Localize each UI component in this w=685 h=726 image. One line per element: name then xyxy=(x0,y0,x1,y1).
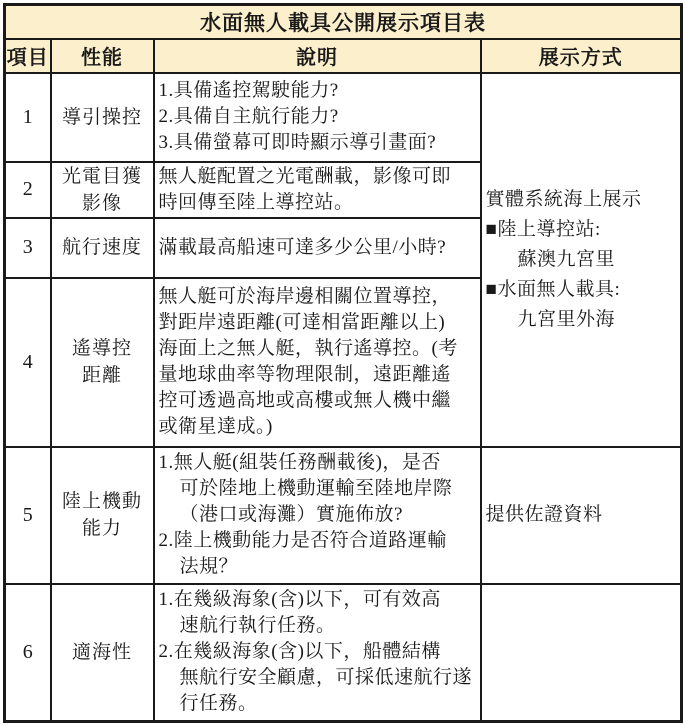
description-line: 量地球曲率等物理限制，遠距離遙 xyxy=(159,362,478,388)
description-cell: 1.無人艇(組裝任務酬載後)，是否 可於陸地上機動運輸至陸地岸際 （港口或海灘）… xyxy=(154,447,481,584)
description-line: 無人艇可於海岸邊相關位置導控， xyxy=(159,284,478,310)
display-bullet-item: ■水面無人載具: xyxy=(486,275,679,305)
item-number-cell: 4 xyxy=(5,278,51,447)
description-cell: 滿載最高船速可達多少公里/小時? xyxy=(154,218,481,278)
description-cell: 無人艇可於海岸邊相關位置導控， 對距岸遠距離(可達相當距離以上) 海面上之無人艇… xyxy=(154,278,481,447)
performance-label: 導引操控 xyxy=(52,104,153,131)
display-sub-line: 蘇澳九宮里 xyxy=(486,245,679,275)
display-method-merged-cell: 實體系統海上展示 ■陸上導控站: 蘇澳九宮里 ■水面無人載具: 九宮里外海 xyxy=(481,73,682,447)
description-line: 2.具備自主航行能力? xyxy=(159,104,478,130)
description-cell: 無人艇配置之光電酬載，影像可即 時回傳至陸上導控站。 xyxy=(154,162,481,218)
description-line: 滿載最高船速可達多少公里/小時? xyxy=(159,235,478,261)
performance-cell: 航行速度 xyxy=(51,218,154,278)
description-line: 2.陸上機動能力是否符合道路運輸 xyxy=(159,528,478,554)
description-line: 3.具備螢幕可即時顯示導引畫面? xyxy=(159,130,478,156)
performance-cell: 導引操控 xyxy=(51,73,154,162)
description-line: 可於陸地上機動運輸至陸地岸際 xyxy=(159,476,478,502)
display-sub-line: 九宮里外海 xyxy=(486,305,679,335)
item-number-cell: 1 xyxy=(5,73,51,162)
description-line: 或衛星達成。) xyxy=(159,414,478,440)
display-line: 實體系統海上展示 xyxy=(486,185,679,215)
display-line: 提供佐證資料 xyxy=(486,500,679,530)
description-line: 控可透過高地或高樓或無人機中繼 xyxy=(159,388,478,414)
description-line: 無人艇配置之光電酬載，影像可即 xyxy=(159,164,478,190)
header-performance: 性能 xyxy=(51,39,154,73)
display-method-empty-cell xyxy=(481,584,682,722)
description-line: 對距岸遠距離(可達相當距離以上) xyxy=(159,310,478,336)
description-line: 行任務。 xyxy=(159,691,478,717)
display-method-evidence-cell: 提供佐證資料 xyxy=(481,447,682,584)
description-line: 時回傳至陸上導控站。 xyxy=(159,190,478,216)
description-line: 海面上之無人艇，執行遙導控。(考 xyxy=(159,336,478,362)
table-row: 5 陸上機動 能力 1.無人艇(組裝任務酬載後)，是否 可於陸地上機動運輸至陸地… xyxy=(5,447,682,584)
description-line: 1.無人艇(組裝任務酬載後)，是否 xyxy=(159,450,478,476)
performance-cell: 光電目獲 影像 xyxy=(51,162,154,218)
description-cell: 1.具備遙控駕駛能力? 2.具備自主航行能力? 3.具備螢幕可即時顯示導引畫面? xyxy=(154,73,481,162)
performance-label: 距離 xyxy=(52,362,153,389)
display-bullet-item: ■陸上導控站: xyxy=(486,215,679,245)
performance-cell: 遙導控 距離 xyxy=(51,278,154,447)
display-items-table: 水面無人載具公開展示項目表 項目 性能 說明 展示方式 1 導引操控 1.具備遙… xyxy=(3,3,683,723)
item-number-cell: 5 xyxy=(5,447,51,584)
performance-label: 航行速度 xyxy=(52,234,153,261)
header-display-method: 展示方式 xyxy=(481,39,682,73)
description-line: 無航行安全顧慮，可採低速航行遂 xyxy=(159,665,478,691)
item-number-cell: 3 xyxy=(5,218,51,278)
description-line: 法規？ xyxy=(159,554,478,580)
description-line: 1.具備遙控駕駛能力? xyxy=(159,78,478,104)
item-number-cell: 6 xyxy=(5,584,51,722)
performance-cell: 陸上機動 能力 xyxy=(51,447,154,584)
performance-label: 陸上機動 xyxy=(52,488,153,515)
table-row: 1 導引操控 1.具備遙控駕駛能力? 2.具備自主航行能力? 3.具備螢幕可即時… xyxy=(5,73,682,162)
table-title: 水面無人載具公開展示項目表 xyxy=(5,5,682,39)
performance-label: 適海性 xyxy=(52,639,153,666)
item-number-cell: 2 xyxy=(5,162,51,218)
performance-label: 影像 xyxy=(52,190,153,217)
performance-label: 遙導控 xyxy=(52,335,153,362)
description-line: 1.在幾級海象(含)以下，可有效高 xyxy=(159,587,478,613)
table-row: 6 適海性 1.在幾級海象(含)以下，可有效高 速航行執行任務。 2.在幾級海象… xyxy=(5,584,682,722)
performance-label: 能力 xyxy=(52,515,153,542)
performance-cell: 適海性 xyxy=(51,584,154,722)
description-line: 速航行執行任務。 xyxy=(159,613,478,639)
description-line: 2.在幾級海象(含)以下，船體結構 xyxy=(159,639,478,665)
header-description: 說明 xyxy=(154,39,481,73)
header-item-number: 項目 xyxy=(5,39,51,73)
description-cell: 1.在幾級海象(含)以下，可有效高 速航行執行任務。 2.在幾級海象(含)以下，… xyxy=(154,584,481,722)
performance-label: 光電目獲 xyxy=(52,163,153,190)
description-line: （港口或海灘）實施佈放? xyxy=(159,502,478,528)
